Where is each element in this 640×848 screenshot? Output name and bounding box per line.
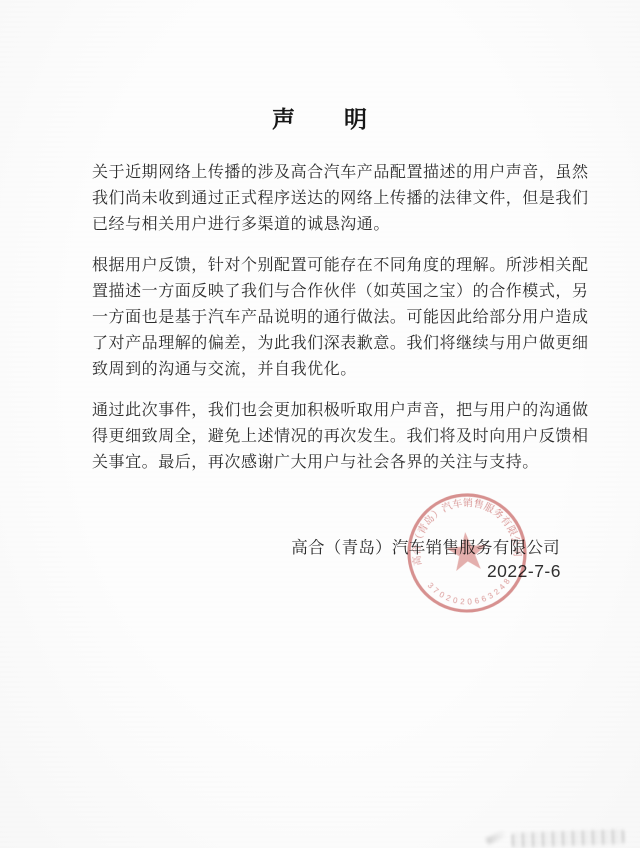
statement-paragraph-2: 根据用户反馈，针对个别配置可能存在不同角度的理解。所涉相关配 置描述一方面反映了…	[92, 253, 598, 383]
statement-body: 关于近期网络上传播的涉及高合汽车产品配置描述的用户声音，虽然 我们尚未收到通过正…	[92, 160, 598, 491]
company-seal-stamp: 高合（青岛）汽车销售服务有限公司 3702020663248	[400, 486, 534, 620]
statement-title: 声 明	[0, 101, 640, 134]
seal-star-icon	[445, 530, 488, 571]
corner-watermark-tail	[485, 830, 506, 845]
statement-document: 声 明 关于近期网络上传播的涉及高合汽车产品配置描述的用户声音，虽然 我们尚未收…	[0, 0, 640, 848]
corner-watermark	[512, 829, 624, 848]
statement-paragraph-1: 关于近期网络上传播的涉及高合汽车产品配置描述的用户声音，虽然 我们尚未收到通过正…	[92, 160, 598, 238]
statement-paragraph-3: 通过此次事件，我们也会更加积极听取用户声音，把与用户的沟通做 得更细致周全，避免…	[92, 398, 598, 476]
